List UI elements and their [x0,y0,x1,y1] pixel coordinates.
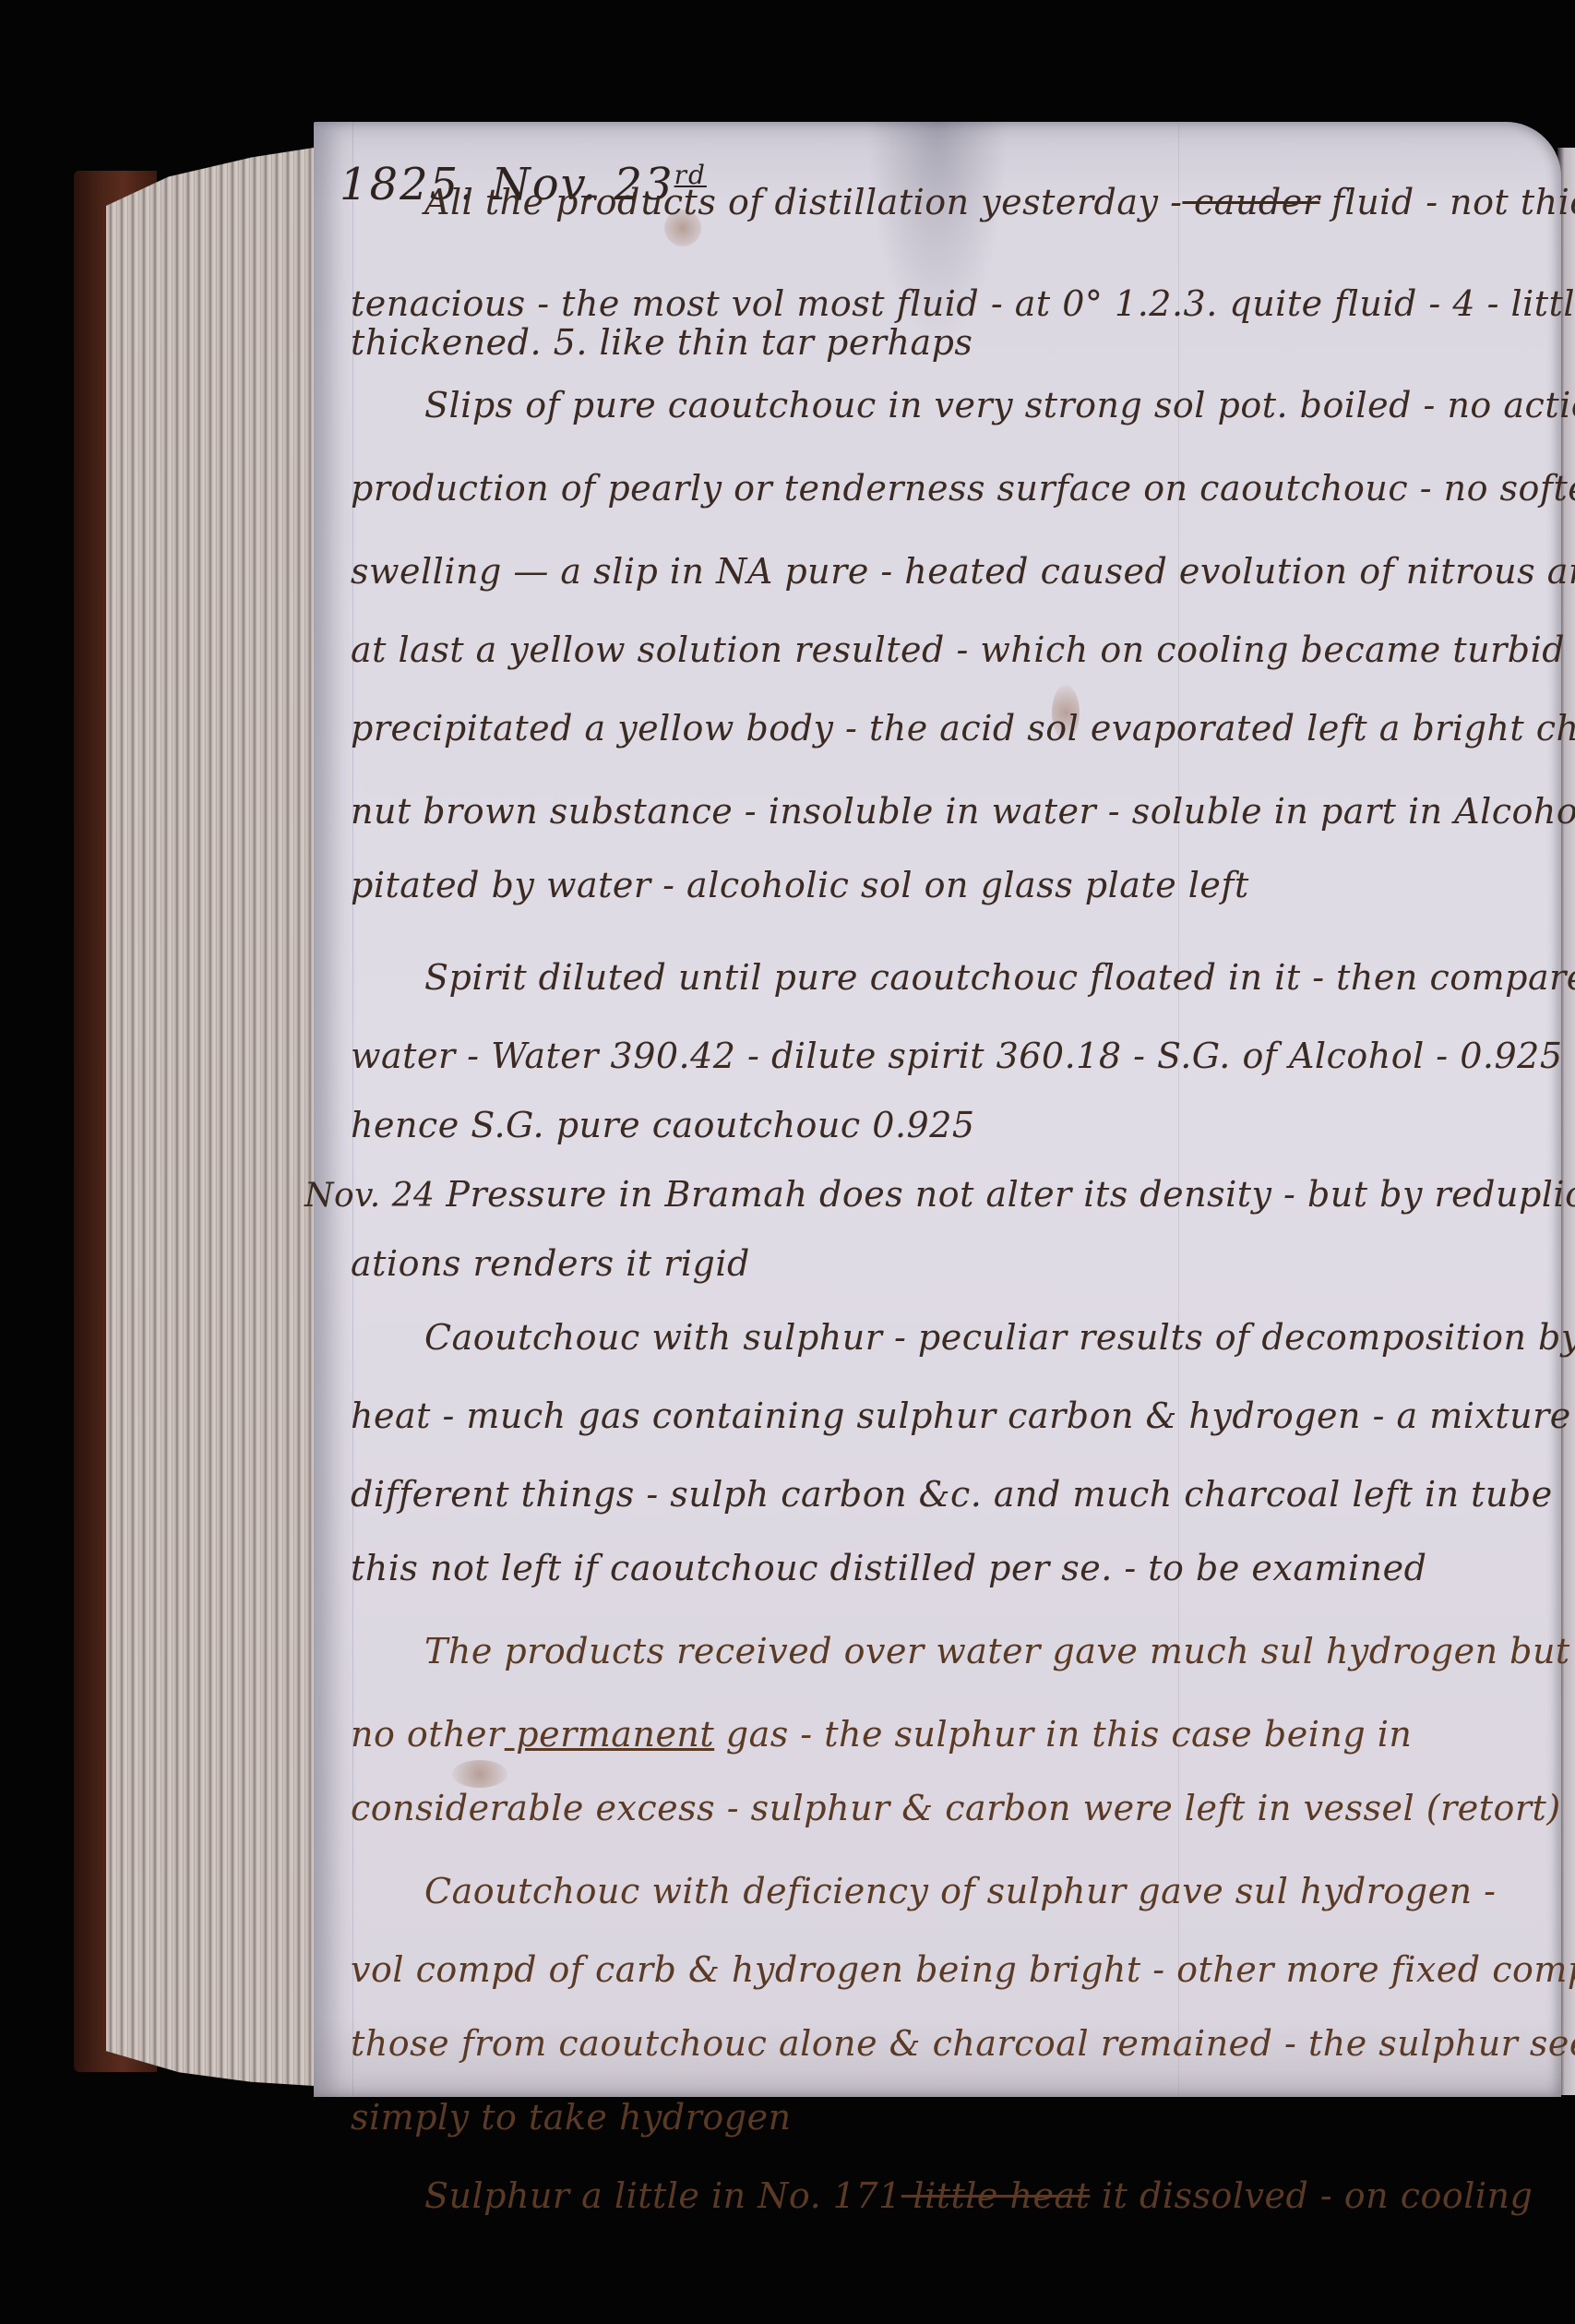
manuscript-line: this not left if caoutchouc distilled pe… [351,1548,1426,1588]
line-text-continuation: gas - the sulphur in this case being in [714,1714,1412,1755]
line-text: hence S.G. pure caoutchouc 0.925 [351,1105,975,1145]
line-text: tenacious - the most vol most fluid - at… [351,283,1575,324]
line-text: vol compd of carb & hydrogen being brigh… [351,1949,1575,1990]
line-text: ations renders it rigid [351,1243,750,1284]
manuscript-line: Caoutchouc with deficiency of sulphur ga… [424,1871,1497,1911]
manuscript-line: thickened. 5. like thin tar perhaps [351,322,972,363]
line-text: different things - sulph carbon &c. and … [351,1474,1553,1515]
line-text: Spirit diluted until pure caoutchouc flo… [424,957,1575,998]
margin-date-note: Nov. 24 [304,1177,446,1215]
manuscript-line: ations renders it rigid [351,1243,750,1284]
manuscript-line: Spirit diluted until pure caoutchouc flo… [424,957,1575,998]
manuscript-line: Caoutchouc with sulphur - peculiar resul… [424,1317,1575,1358]
line-text-continuation: it dissolved - on cooling [1090,2175,1533,2216]
manuscript-line: All the products of distillation yesterd… [424,182,1575,222]
line-text-continuation: fluid - not thick or [1319,182,1575,222]
manuscript-line: no other permanent gas - the sulphur in … [351,1714,1412,1755]
line-text: pitated by water - alcoholic sol on glas… [351,865,1249,905]
manuscript-line: at last a yellow solution resulted - whi… [351,629,1575,670]
line-text: All the products of distillation yesterd… [424,182,1182,222]
line-text: those from caoutchouc alone & charcoal r… [351,2023,1575,2064]
ink-stain [452,1760,507,1788]
line-text: at last a yellow solution resulted - whi… [351,629,1575,670]
manuscript-line: pitated by water - alcoholic sol on glas… [351,865,1249,905]
manuscript-line: The products received over water gave mu… [424,1631,1570,1671]
struck-through-word: cauder [1182,182,1319,222]
manuscript-line: hence S.G. pure caoutchouc 0.925 [351,1105,975,1145]
manuscript-line: tenacious - the most vol most fluid - at… [351,283,1575,324]
manuscript-line: swelling — a slip in NA pure - heated ca… [351,551,1575,592]
line-text: nut brown substance - insoluble in water… [351,791,1575,832]
line-text: considerable excess - sulphur & carbon w… [351,1788,1561,1828]
line-text: no other [351,1714,505,1755]
manuscript-line: Sulphur a little in No. 171 little heat … [424,2175,1533,2216]
line-text: Sulphur a little in No. 171 [424,2175,901,2216]
manuscript-line: vol compd of carb & hydrogen being brigh… [351,1949,1575,1990]
manuscript-line: considerable excess - sulphur & carbon w… [351,1788,1561,1828]
page-block-edges [106,148,314,2086]
manuscript-line: simply to take hydrogen [351,2097,792,2138]
manuscript-line: precipitated a yellow body - the acid so… [351,708,1575,749]
line-text: Slips of pure caoutchouc in very strong … [424,385,1575,425]
line-text: production of pearly or tenderness surfa… [351,468,1575,509]
manuscript-line: heat - much gas containing sulphur carbo… [351,1396,1575,1436]
line-text: Pressure in Bramah does not alter its de… [446,1174,1575,1215]
manuscript-line: nut brown substance - insoluble in water… [351,791,1575,832]
manuscript-line: those from caoutchouc alone & charcoal r… [351,2023,1575,2064]
line-text: swelling — a slip in NA pure - heated ca… [351,551,1575,592]
line-text: Caoutchouc with deficiency of sulphur ga… [424,1871,1497,1911]
struck-through-word: little heat [901,2175,1091,2216]
manuscript-line: Slips of pure caoutchouc in very strong … [424,385,1575,425]
line-text: precipitated a yellow body - the acid so… [351,708,1575,749]
line-text: Caoutchouc with sulphur - peculiar resul… [424,1317,1575,1358]
manuscript-line: water - Water 390.42 - dilute spirit 360… [351,1036,1563,1076]
manuscript-line: Nov. 24 Pressure in Bramah does not alte… [304,1174,1575,1215]
notebook-page: 1825. Nov. 23rd All the products of dist… [314,122,1561,2097]
underlined-word: permanent [505,1714,714,1755]
manuscript-line: production of pearly or tenderness surfa… [351,468,1575,509]
line-text: thickened. 5. like thin tar perhaps [351,322,972,363]
line-text: water - Water 390.42 - dilute spirit 360… [351,1036,1563,1076]
line-text: this not left if caoutchouc distilled pe… [351,1548,1426,1588]
line-text: simply to take hydrogen [351,2097,792,2138]
line-text: heat - much gas containing sulphur carbo… [351,1396,1575,1436]
manuscript-line: different things - sulph carbon &c. and … [351,1474,1553,1515]
line-text: The products received over water gave mu… [424,1631,1570,1671]
